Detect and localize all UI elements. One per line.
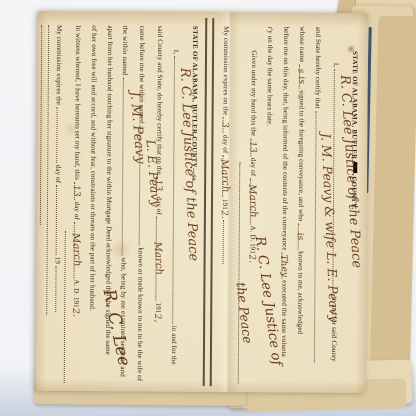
year-digit-handwriting-2: 2, — [157, 313, 158, 322]
month-handwriting-2: March — [157, 242, 159, 275]
witness-year-digit-handwriting: 2. — [75, 308, 76, 317]
scanned-document-photo: { "colors":{"paper":"#ebdfbf","paper_edg… — [0, 0, 416, 416]
witness-day-handwriting: 13 — [76, 185, 77, 197]
block2-witness-line: In witness whereof, I have hereunto set … — [72, 25, 82, 317]
month-handwriting: March — [251, 184, 253, 217]
block2-extra-rule-1 — [46, 25, 50, 315]
block1-informed-line: before me on this day, that, being infor… — [280, 27, 290, 357]
block2-extra-rule-2 — [40, 25, 43, 225]
notary-acknowledgment-page: STATE OF ALABAMA, BUTLERCOUNTY. I, in an… — [36, 11, 369, 393]
block2-free-will-line: of her own free will and accord, and wit… — [88, 25, 98, 311]
block2-wife-line: came before me the within named known or… — [136, 26, 147, 382]
section-divider-rule-bottom — [203, 18, 207, 386]
block1-signature-rule — [238, 162, 242, 384]
day-number-handwriting: 13 — [252, 141, 253, 153]
block1-notary-name-handwriting: R. C. Lee Justice of the Peace — [337, 75, 364, 269]
under-sheet-right-edge — [369, 16, 416, 389]
witness-month-handwriting: March — [75, 233, 77, 266]
block1-whose-name-line: whose name s is signed to the foregoing … — [296, 27, 306, 335]
they-handwriting: They — [283, 254, 284, 277]
commission-month-handwriting: March — [223, 159, 225, 192]
block1-given-line: Given under my hand this the 13 day of M… — [249, 50, 258, 263]
name-suffix-handwriting: s is — [300, 69, 301, 84]
block2-signature-rule — [64, 231, 67, 383]
block2-commission-line: My commission expires the day of 19 — [53, 25, 64, 312]
block1-commission-line: My commission expires on the 3 day of Ma… — [221, 26, 232, 264]
year-digit-handwriting: 2. — [251, 254, 252, 263]
commission-year-digit-handwriting: 2. — [224, 210, 225, 219]
section-divider-rule-top — [210, 18, 214, 386]
block1-bears-date-line: r'y on the day the same bears date. — [266, 26, 275, 126]
